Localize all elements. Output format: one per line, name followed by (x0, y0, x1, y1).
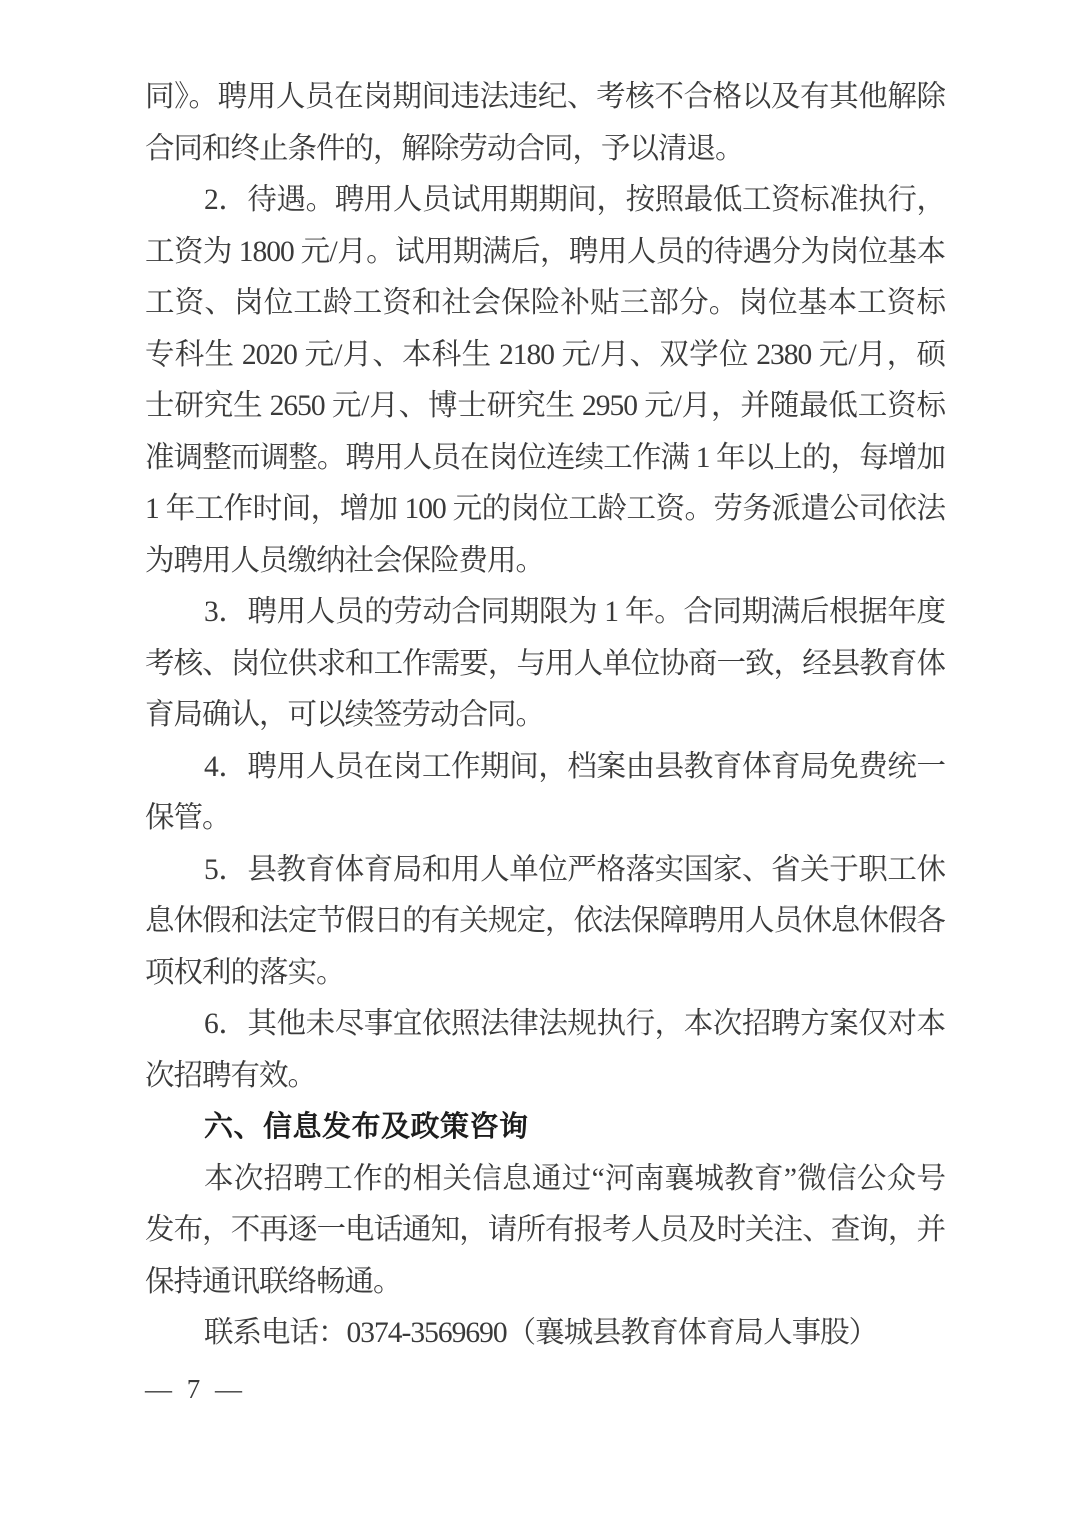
text-line: 发布，不再逐一电话通知，请所有报考人员及时关注、查询，并 (145, 1205, 945, 1257)
text-line: 联系电话：0374-3569690（襄城县教育体育局人事股） (145, 1308, 945, 1360)
document-body: 同》。聘用人员在岗期间违法违纪、考核不合格以及有其他解除合同和终止条件的，解除劳… (145, 72, 945, 1360)
text-line: 保持通讯联络畅通。 (145, 1257, 945, 1309)
page-number: — 7 — (145, 1374, 246, 1404)
document-page: 同》。聘用人员在岗期间违法违纪、考核不合格以及有其他解除合同和终止条件的，解除劳… (0, 0, 1080, 1527)
text-line: 本次招聘工作的相关信息通过“河南襄城教育”微信公众号 (145, 1154, 945, 1206)
text-line: 5．县教育体育局和用人单位严格落实国家、省关于职工休 (145, 845, 945, 897)
text-line: 1 年工作时间，增加 100 元的岗位工龄工资。劳务派遣公司依法 (145, 484, 945, 536)
text-line: 士研究生 2650 元/月、博士研究生 2950 元/月，并随最低工资标 (145, 381, 945, 433)
section-heading: 六、信息发布及政策咨询 (145, 1102, 945, 1154)
text-line: 为聘用人员缴纳社会保险费用。 (145, 536, 945, 588)
text-line: 4．聘用人员在岗工作期间，档案由县教育体育局免费统一 (145, 742, 945, 794)
text-line: 3．聘用人员的劳动合同期限为 1 年。合同期满后根据年度 (145, 587, 945, 639)
text-line: 保管。 (145, 793, 945, 845)
text-line: 息休假和法定节假日的有关规定，依法保障聘用人员休息休假各 (145, 896, 945, 948)
text-line: 合同和终止条件的，解除劳动合同，予以清退。 (145, 124, 945, 176)
text-line: 项权利的落实。 (145, 948, 945, 1000)
text-line: 育局确认，可以续签劳动合同。 (145, 690, 945, 742)
text-line: 次招聘有效。 (145, 1051, 945, 1103)
text-line: 考核、岗位供求和工作需要，与用人单位协商一致，经县教育体 (145, 639, 945, 691)
text-line: 同》。聘用人员在岗期间违法违纪、考核不合格以及有其他解除 (145, 72, 945, 124)
text-line: 2．待遇。聘用人员试用期期间，按照最低工资标准执行， (145, 175, 945, 227)
text-line: 工资为 1800 元/月。试用期满后，聘用人员的待遇分为岗位基本 (145, 227, 945, 279)
text-line: 工资、岗位工龄工资和社会保险补贴三部分。岗位基本工资标准： (145, 278, 945, 330)
text-line: 6．其他未尽事宜依照法律法规执行，本次招聘方案仅对本 (145, 999, 945, 1051)
text-line: 专科生 2020 元/月、本科生 2180 元/月、双学位 2380 元/月，硕 (145, 330, 945, 382)
text-line: 准调整而调整。聘用人员在岗位连续工作满 1 年以上的，每增加 (145, 433, 945, 485)
page-footer: — 7 — (145, 1372, 945, 1406)
